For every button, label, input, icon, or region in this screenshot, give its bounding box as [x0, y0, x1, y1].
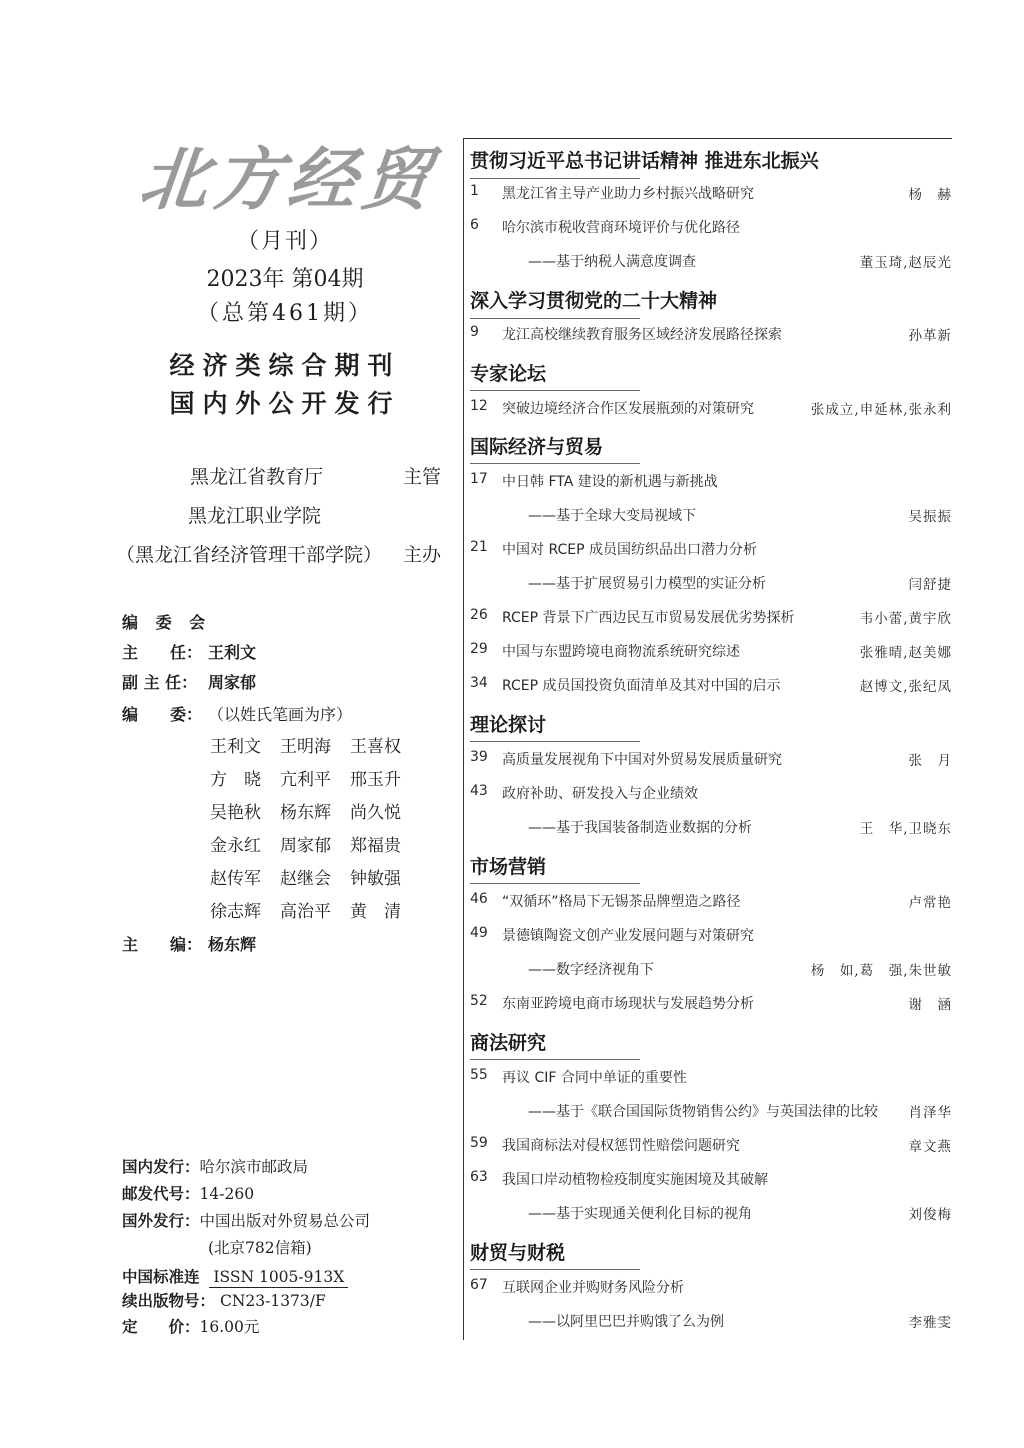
foreign-distribution-value: 中国出版对外贸易总公司	[200, 1212, 371, 1230]
article-title: 中国对 RCEP 成员国纺织品出口潜力分析	[502, 539, 757, 559]
page-number: 67	[470, 1277, 500, 1293]
section-divider	[470, 318, 640, 319]
article-subtitle: ——基于全球大变局视域下	[528, 505, 696, 525]
member-name: 赵继会	[280, 864, 350, 897]
member-row: 吴艳秋 杨东辉 尚久悦	[210, 798, 430, 831]
price-row: 定 价：16.00元	[122, 1315, 259, 1337]
toc-section-title: 市场营销	[470, 852, 546, 879]
article-author: 闫舒捷	[909, 573, 953, 593]
article-author: 张雅晴,赵美娜	[860, 641, 952, 661]
supervisor-org: 黑龙江省教育厅	[190, 462, 323, 489]
members-row: 编 委：（以姓氏笔画为序）	[122, 702, 352, 725]
page-number: 9	[470, 324, 500, 340]
section-divider	[470, 178, 640, 179]
member-name: 亢利平	[280, 765, 350, 798]
member-name: 钟敏强	[350, 864, 420, 897]
page-number: 1	[470, 183, 500, 199]
toc-entry[interactable]: 49 景德镇陶瓷文创产业发展问题与对策研究	[470, 925, 952, 947]
member-name: 王利文	[210, 732, 280, 765]
total-issue-number: （总第461期）	[120, 296, 450, 327]
toc-entry-subtitle: ——基于我国装备制造业数据的分析 王 华,卫晓东	[470, 817, 952, 839]
issue-number: 2023年 第04期	[120, 262, 450, 293]
domestic-distribution-label: 国内发行：	[122, 1155, 200, 1177]
members-note: （以姓氏笔画为序）	[208, 705, 352, 724]
article-subtitle: ——数字经济视角下	[528, 959, 654, 979]
toc-entry[interactable]: 39 高质量发展视角下中国对外贸易发展质量研究 张 月	[470, 749, 952, 771]
member-list: 王利文 王明海 王喜权 方 晓 亢利平 邢玉升 吴艳秋 杨东辉 尚久悦 金永红 …	[210, 732, 430, 930]
toc-entry[interactable]: 55 再议 CIF 合同中单证的重要性	[470, 1067, 952, 1089]
article-title: 再议 CIF 合同中单证的重要性	[502, 1067, 687, 1087]
toc-entry[interactable]: 9 龙江高校继续教育服务区域经济发展路径探索 孙革新	[470, 324, 952, 346]
deputy-director-label: 副 主 任：	[122, 670, 208, 693]
toc-entry[interactable]: 34 RCEP 成员国投资负面清单及其对中国的启示 赵博文,张纪凤	[470, 675, 952, 697]
member-name: 高治平	[280, 897, 350, 930]
toc-entry[interactable]: 67 互联网企业并购财务风险分析	[470, 1277, 952, 1299]
page-number: 52	[470, 993, 500, 1009]
chief-editor-name: 杨东辉	[208, 935, 256, 954]
toc-section-title: 商法研究	[470, 1028, 546, 1055]
toc-section-title: 贯彻习近平总书记讲话精神 推进东北振兴	[470, 146, 819, 173]
member-name: 王喜权	[350, 732, 420, 765]
article-title: 中国与东盟跨境电商物流系统研究综述	[502, 641, 740, 661]
member-row: 金永红 周家郁 郑福贵	[210, 831, 430, 864]
article-title: RCEP 成员国投资负面清单及其对中国的启示	[502, 675, 781, 695]
toc-entry[interactable]: 43 政府补助、研发投入与企业绩效	[470, 783, 952, 805]
article-subtitle: ——基于《联合国国际货物销售公约》与英国法律的比较	[528, 1101, 878, 1121]
article-title: 黑龙江省主导产业助力乡村振兴战略研究	[502, 183, 754, 203]
host-role: 主办	[403, 540, 441, 567]
postal-code-row: 邮发代号：14-260	[122, 1182, 254, 1204]
director-name: 王利文	[208, 643, 256, 662]
article-title: 我国口岸动植物检疫制度实施困境及其破解	[502, 1169, 768, 1189]
member-name: 周家郁	[280, 831, 350, 864]
article-subtitle: ——以阿里巴巴并购饿了么为例	[528, 1311, 724, 1331]
foreign-distribution-row: 国外发行：中国出版对外贸易总公司	[122, 1209, 370, 1231]
section-divider	[470, 883, 640, 884]
page-number: 12	[470, 398, 500, 414]
member-name: 邢玉升	[350, 765, 420, 798]
page-number: 21	[470, 539, 500, 555]
member-name: 方 晓	[210, 765, 280, 798]
cn-value: CN23-1373/F	[220, 1292, 326, 1310]
article-title: 东南亚跨境电商市场现状与发展趋势分析	[502, 993, 754, 1013]
article-title: 景德镇陶瓷文创产业发展问题与对策研究	[502, 925, 754, 945]
deputy-director-row: 副 主 任：周家郁	[122, 670, 256, 693]
foreign-po-box: (北京782信箱)	[208, 1236, 312, 1258]
article-title: 高质量发展视角下中国对外贸易发展质量研究	[502, 749, 782, 769]
postal-code-value: 14-260	[200, 1185, 255, 1203]
director-row: 主 任：王利文	[122, 640, 256, 663]
toc-section-title: 财贸与财税	[470, 1238, 565, 1265]
section-divider	[470, 463, 640, 464]
article-author: 肖泽华	[909, 1101, 953, 1121]
article-author: 张 月	[909, 749, 953, 769]
toc-entry[interactable]: 26 RCEP 背景下广西边民互市贸易发展优劣势探析 韦小蕾,黄宇欣	[470, 607, 952, 629]
article-title: “双循环”格局下无锡茶品牌塑造之路径	[502, 891, 741, 911]
page-number: 55	[470, 1067, 500, 1083]
article-title: 突破边境经济合作区发展瓶颈的对策研究	[502, 398, 754, 418]
toc-entry-subtitle: ——基于扩展贸易引力模型的实证分析 闫舒捷	[470, 573, 952, 595]
toc-entry[interactable]: 6 哈尔滨市税收营商环境评价与优化路径	[470, 217, 952, 239]
toc-entry-subtitle: ——基于《联合国国际货物销售公约》与英国法律的比较 肖泽华	[470, 1101, 952, 1123]
page-number: 39	[470, 749, 500, 765]
member-name: 徐志辉	[210, 897, 280, 930]
issn-value: ISSN 1005-913X	[209, 1268, 348, 1288]
member-name: 杨东辉	[280, 798, 350, 831]
cn-row: 续出版物号： CN23-1373/F	[122, 1289, 326, 1311]
supervisor-role: 主管	[403, 462, 441, 489]
member-name: 金永红	[210, 831, 280, 864]
distribution-tagline: 国内外公开发行	[120, 384, 450, 420]
member-row: 徐志辉 高治平 黄 清	[210, 897, 430, 930]
page-number: 59	[470, 1135, 500, 1151]
section-divider	[470, 1269, 640, 1270]
article-title: 政府补助、研发投入与企业绩效	[502, 783, 698, 803]
member-name: 赵传军	[210, 864, 280, 897]
toc-section-title: 国际经济与贸易	[470, 432, 603, 459]
article-title: RCEP 背景下广西边民互市贸易发展优劣势探析	[502, 607, 795, 627]
toc-entry[interactable]: 1 黑龙江省主导产业助力乡村振兴战略研究 杨 赫	[470, 183, 952, 205]
page-number: 43	[470, 783, 500, 799]
domestic-distribution-row: 国内发行：哈尔滨市邮政局	[122, 1155, 308, 1177]
toc-section-title: 理论探讨	[470, 710, 546, 737]
member-name: 尚久悦	[350, 798, 420, 831]
toc-entry-subtitle: ——基于纳税人满意度调查 董玉琦,赵辰光	[470, 251, 952, 273]
issn-label: 中国标准连	[122, 1265, 200, 1287]
toc-entry[interactable]: 46 “双循环”格局下无锡茶品牌塑造之路径 卢常艳	[470, 891, 952, 913]
toc-entry-subtitle: ——数字经济视角下 杨 如,葛 强,朱世敏	[470, 959, 952, 981]
foreign-distribution-label: 国外发行：	[122, 1209, 200, 1231]
article-author: 吴振振	[909, 505, 953, 525]
section-divider	[470, 741, 640, 742]
member-name: 郑福贵	[350, 831, 420, 864]
host-org-line2: （黑龙江省经济管理干部学院）	[116, 540, 382, 567]
chief-editor-label: 主 编：	[122, 932, 208, 955]
page-number: 63	[470, 1169, 500, 1185]
member-name: 王明海	[280, 732, 350, 765]
article-subtitle: ——基于实现通关便利化目标的视角	[528, 1203, 752, 1223]
toc-left-border	[463, 138, 464, 1340]
member-name: 吴艳秋	[210, 798, 280, 831]
journal-logo: 北方经贸	[136, 140, 444, 220]
article-author: 杨 赫	[909, 183, 953, 203]
domestic-distribution-value: 哈尔滨市邮政局	[200, 1158, 309, 1176]
member-row: 赵传军 赵继会 钟敏强	[210, 864, 430, 897]
page-number: 46	[470, 891, 500, 907]
page-number: 6	[470, 217, 500, 233]
chief-editor-row: 主 编：杨东辉	[122, 932, 256, 955]
article-author: 李雅雯	[909, 1311, 953, 1331]
member-row: 方 晓 亢利平 邢玉升	[210, 765, 430, 798]
member-name: 黄 清	[350, 897, 420, 930]
toc-entry-subtitle: ——基于实现通关便利化目标的视角 刘俊梅	[470, 1203, 952, 1225]
article-author: 章文燕	[909, 1135, 953, 1155]
toc-entry[interactable]: 52 东南亚跨境电商市场现状与发展趋势分析 谢 涵	[470, 993, 952, 1015]
member-row: 王利文 王明海 王喜权	[210, 732, 430, 765]
section-divider	[470, 1059, 640, 1060]
director-label: 主 任：	[122, 640, 208, 663]
toc-entry[interactable]: 12 突破边境经济合作区发展瓶颈的对策研究 张成立,申延林,张永利	[470, 398, 952, 420]
article-title: 龙江高校继续教育服务区域经济发展路径探索	[502, 324, 782, 344]
article-author: 韦小蕾,黄宇欣	[860, 607, 952, 627]
article-subtitle: ——基于纳税人满意度调查	[528, 251, 696, 271]
article-author: 卢常艳	[909, 891, 953, 911]
article-author: 刘俊梅	[909, 1203, 953, 1223]
article-author: 赵博文,张纪凤	[860, 675, 952, 695]
members-label: 编 委：	[122, 702, 208, 725]
host-org-line1: 黑龙江职业学院	[188, 501, 321, 528]
deputy-director-name: 周家郁	[208, 673, 256, 692]
toc-entry[interactable]: 59 我国商标法对侵权惩罚性赔偿问题研究 章文燕	[470, 1135, 952, 1157]
editorial-board-heading: 编 委 会	[122, 610, 211, 633]
price-value: 16.00元	[200, 1318, 260, 1336]
price-label: 定 价：	[122, 1315, 200, 1337]
toc-entry[interactable]: 17 中日韩 FTA 建设的新机遇与新挑战	[470, 471, 952, 493]
issn-row: 中国标准连 ISSN 1005-913X	[122, 1265, 348, 1287]
postal-code-label: 邮发代号：	[122, 1182, 200, 1204]
toc-section-title: 深入学习贯彻党的二十大精神	[470, 286, 717, 313]
journal-type-tagline: 经济类综合期刊	[120, 346, 450, 382]
article-title: 中日韩 FTA 建设的新机遇与新挑战	[502, 471, 718, 491]
page-number: 17	[470, 471, 500, 487]
page-number: 34	[470, 675, 500, 691]
article-title: 我国商标法对侵权惩罚性赔偿问题研究	[502, 1135, 740, 1155]
page-number: 49	[470, 925, 500, 941]
article-title: 哈尔滨市税收营商环境评价与优化路径	[502, 217, 740, 237]
article-subtitle: ——基于扩展贸易引力模型的实证分析	[528, 573, 766, 593]
article-author: 孙革新	[909, 324, 953, 344]
toc-entry[interactable]: 21 中国对 RCEP 成员国纺织品出口潜力分析	[470, 539, 952, 561]
toc-entry[interactable]: 63 我国口岸动植物检疫制度实施困境及其破解	[470, 1169, 952, 1191]
article-author: 杨 如,葛 强,朱世敏	[811, 959, 952, 979]
cn-label: 续出版物号：	[122, 1289, 215, 1311]
article-subtitle: ——基于我国装备制造业数据的分析	[528, 817, 752, 837]
page-number: 26	[470, 607, 500, 623]
article-title: 互联网企业并购财务风险分析	[502, 1277, 684, 1297]
toc-entry-subtitle: ——基于全球大变局视域下 吴振振	[470, 505, 952, 527]
article-author: 王 华,卫晓东	[860, 817, 952, 837]
section-divider	[470, 390, 640, 391]
article-author: 张成立,申延林,张永利	[811, 398, 952, 418]
article-author: 谢 涵	[909, 993, 953, 1013]
page-number: 29	[470, 641, 500, 657]
toc-top-border	[463, 138, 952, 139]
publication-frequency: （月刊）	[120, 224, 450, 255]
article-author: 董玉琦,赵辰光	[860, 251, 952, 271]
toc-section-title: 专家论坛	[470, 359, 546, 386]
toc-entry-subtitle: ——以阿里巴巴并购饿了么为例 李雅雯	[470, 1311, 952, 1333]
toc-entry[interactable]: 29 中国与东盟跨境电商物流系统研究综述 张雅晴,赵美娜	[470, 641, 952, 663]
